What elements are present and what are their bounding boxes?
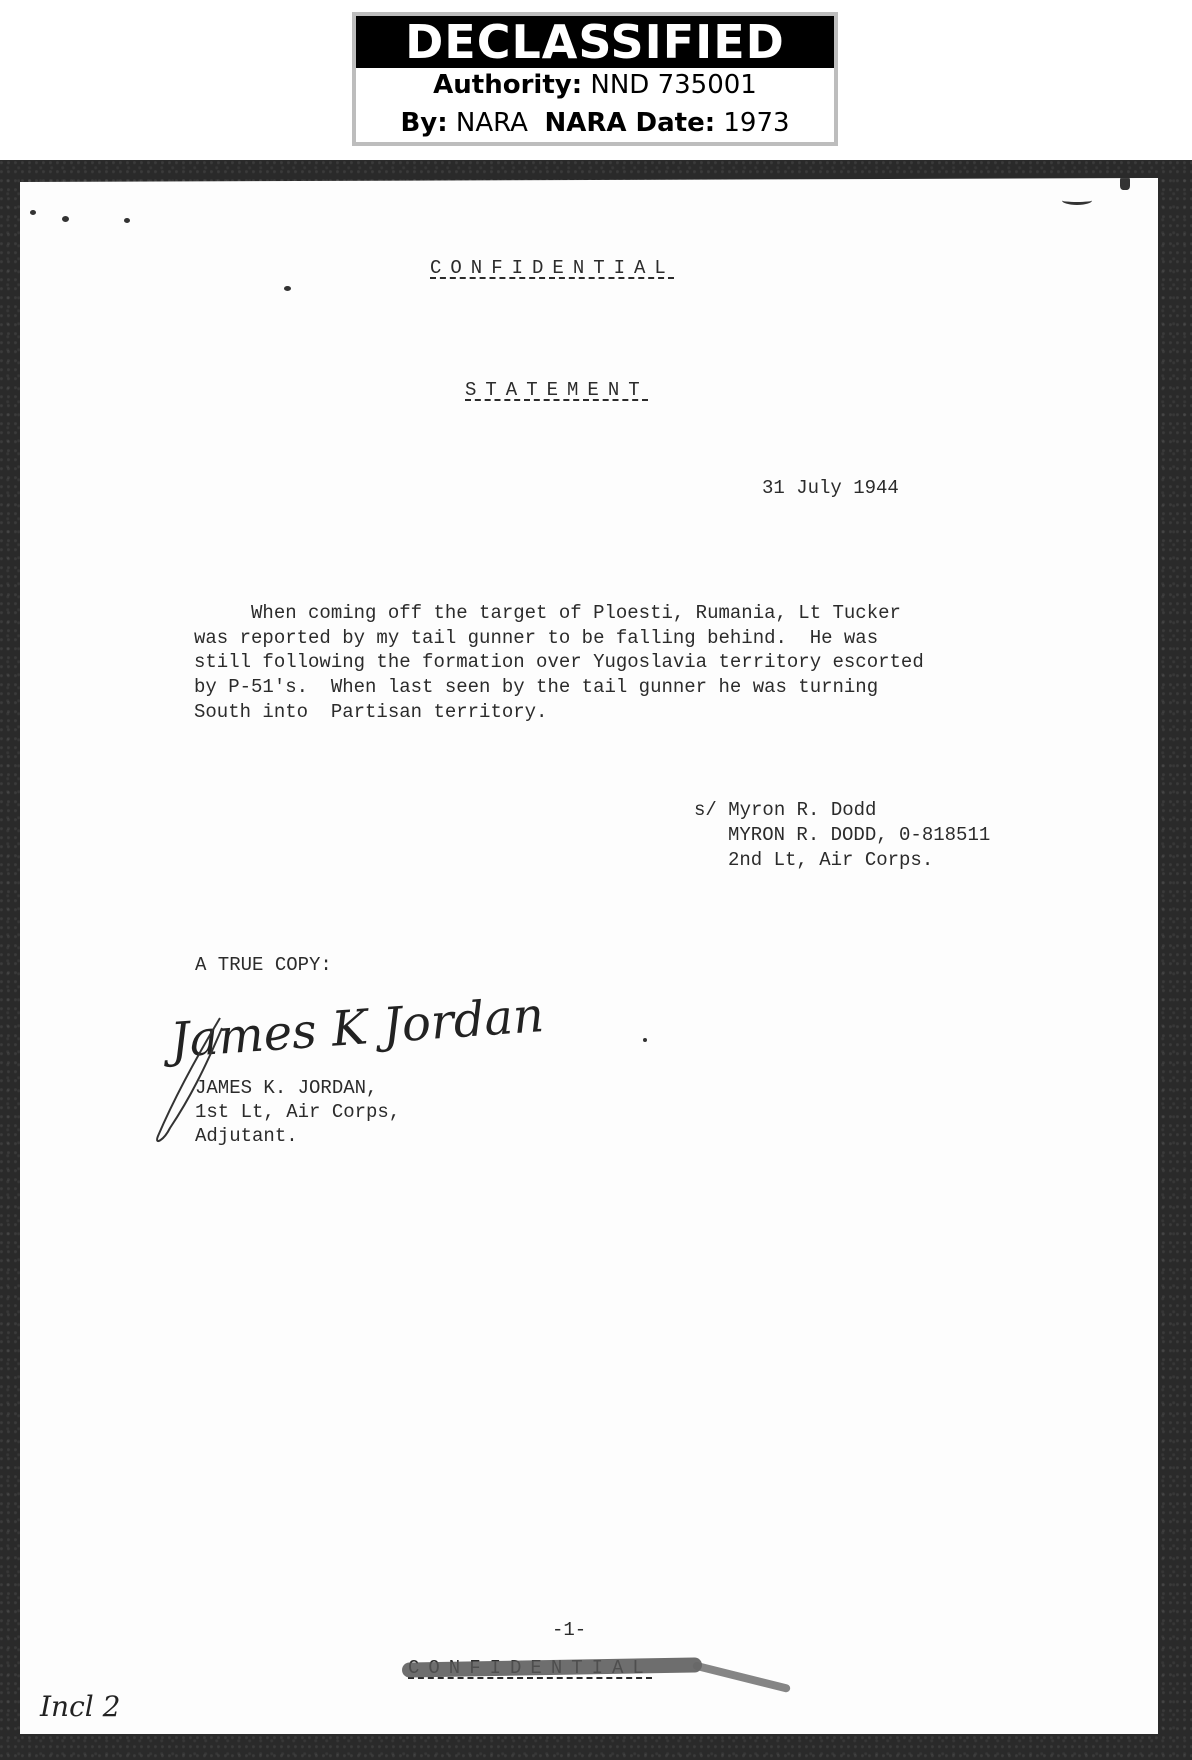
stamp-authority: Authority: NND 735001 — [356, 70, 834, 100]
body-line: South into Partisan territory. — [194, 700, 547, 725]
declassified-stamp: DECLASSIFIED Authority: NND 735001 By: N… — [352, 12, 838, 146]
certifier-role: Adjutant. — [195, 1124, 298, 1149]
body-line: still following the formation over Yugos… — [194, 650, 924, 675]
true-copy-label: A TRUE COPY: — [195, 953, 332, 978]
document-page: CONFIDENTIAL STATEMENT 31 July 1944 When… — [20, 178, 1158, 1734]
document-title: STATEMENT — [465, 378, 649, 403]
speck — [1062, 196, 1092, 205]
handwritten-inclosure-note: Incl 2 — [40, 1690, 120, 1723]
speck — [30, 210, 36, 215]
signed-name: s/ Myron R. Dodd — [694, 798, 876, 823]
certifier-name: JAMES K. JORDAN, — [195, 1076, 377, 1101]
body-line: by P-51's. When last seen by the tail gu… — [194, 675, 878, 700]
footer-classification: CONFIDENTIAL — [408, 1656, 653, 1681]
typed-name: MYRON R. DODD, 0-818511 — [728, 823, 990, 848]
body-line: When coming off the target of Ploesti, R… — [194, 601, 901, 626]
speck — [124, 218, 130, 223]
speck — [62, 216, 69, 222]
strikeout-tail — [692, 1661, 791, 1693]
document-date: 31 July 1944 — [762, 476, 899, 501]
stamp-title: DECLASSIFIED — [356, 16, 834, 68]
certifier-rank: 1st Lt, Air Corps, — [195, 1100, 400, 1125]
speck — [284, 286, 291, 291]
header-classification: CONFIDENTIAL — [430, 256, 675, 281]
page-number: -1- — [552, 1618, 586, 1643]
body-line: was reported by my tail gunner to be fal… — [194, 626, 878, 651]
stamp-by-date: By: NARA NARA Date: 1973 — [356, 108, 834, 138]
rank: 2nd Lt, Air Corps. — [728, 848, 933, 873]
speck — [643, 1038, 647, 1042]
